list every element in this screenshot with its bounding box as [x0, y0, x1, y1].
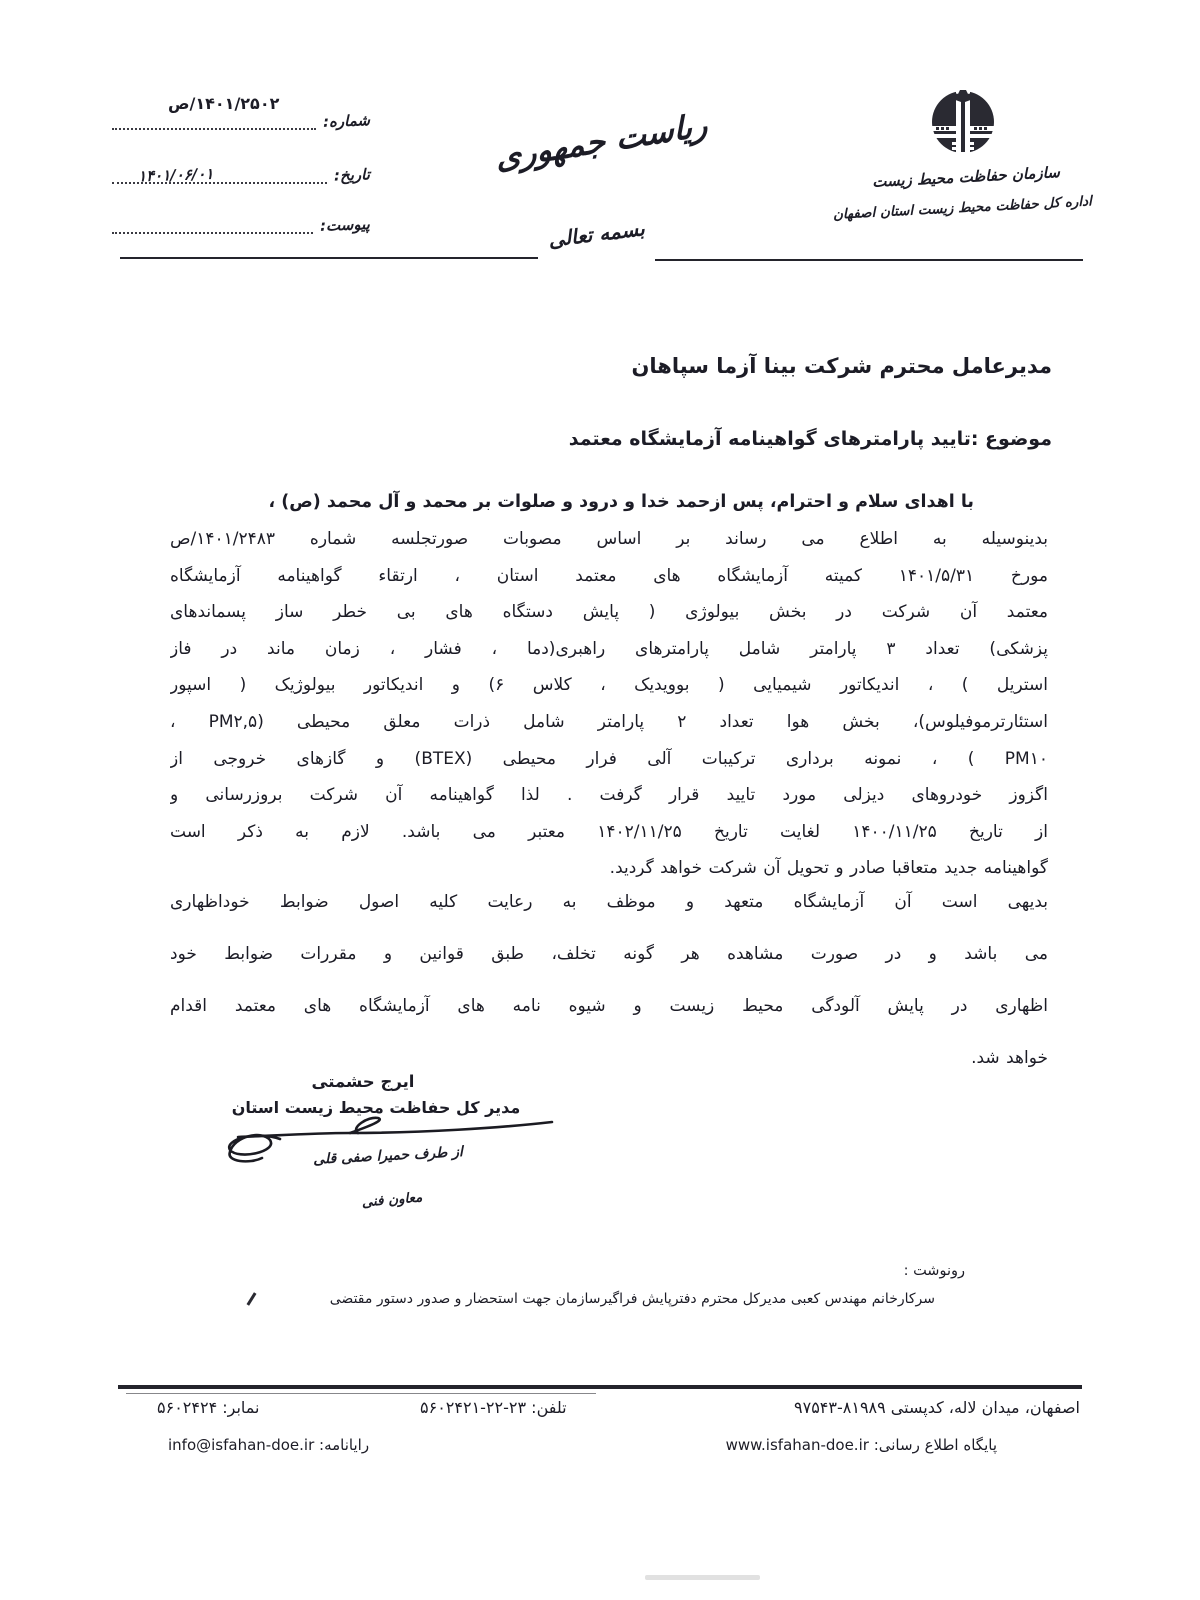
org-branch-line: اداره کل حفاظت محیط زیست استان اصفهان [836, 193, 1092, 222]
body-line: PM۱۰ ) ، نمونه برداری ترکیبات آلی فرار م… [170, 741, 1048, 778]
footer-website-url: www.isfahan-doe.ir [726, 1436, 869, 1454]
letter-date-label: تاریخ: [334, 165, 370, 184]
recipient-line: مدیرعامل محترم شرکت بینا آزما سپاهان [631, 354, 1052, 378]
dotted-line [112, 219, 313, 234]
cc-label: رونوشت : [904, 1263, 965, 1279]
footer-fax: نمابر: ۵۶۰۲۴۲۴ [157, 1398, 260, 1417]
body-line: اگزوز خودروهای دیزلی مورد تایید قرار گرف… [170, 777, 1048, 814]
letter-number-value: ۱۴۰۱/۲۵۰۲/ص [168, 94, 279, 113]
body-line: پزشکی) تعداد ۳ پارامتر شامل پارامترهای ر… [170, 631, 1048, 668]
cc-item: سرکارخانم مهندس کعبی مدیرکل محترم دفترپا… [330, 1291, 935, 1307]
footer-fax-value: ۵۶۰۲۴۲۴ [157, 1398, 217, 1417]
body-line: معتمد آن شرکت در بخش بیولوژی ( پایش دستگ… [170, 594, 1048, 631]
footer-divider-thin [126, 1393, 596, 1394]
header-divider-right [655, 259, 1083, 261]
footer-phone-label: تلفن: [531, 1398, 566, 1417]
footer-email: رایانامه: info@isfahan-doe.ir [168, 1436, 369, 1454]
body-paragraph-1: بدینوسیله به اطلاع می رساند بر اساس مصوب… [170, 521, 1048, 887]
header-divider-left [120, 257, 538, 259]
body-line: بدیهی است آن آزمایشگاه متعهد و موظف به ر… [170, 876, 1048, 928]
body-line: می باشد و در صورت مشاهده هر گونه تخلف، ط… [170, 928, 1048, 980]
subject-line: موضوع :تایید پارامترهای گواهینامه آزمایش… [569, 428, 1052, 450]
letter-attachment-field: پیوست: [108, 216, 370, 234]
scanned-letter-page: ۱۴۰۱/۲۵۰۲/ص شماره: ۱۴۰۱/۰۶/۰۱ تاریخ: پیو… [0, 0, 1200, 1600]
body-paragraph-2: بدیهی است آن آزمایشگاه متعهد و موظف به ر… [170, 876, 1048, 1084]
footer-website: پایگاه اطلاع رسانی: www.isfahan-doe.ir [726, 1436, 997, 1454]
body-line: اظهاری در پایش آلودگی محیط زیست و شیوه ن… [170, 980, 1048, 1032]
checkmark-icon [247, 1292, 257, 1305]
footer-address: اصفهان، میدان لاله، کدپستی ۸۱۹۸۹-۹۷۵۴۳ [794, 1398, 1080, 1417]
scan-artifact [645, 1575, 760, 1580]
letter-number-label: شماره: [323, 111, 371, 131]
body-line: مورخ ۱۴۰۱/۵/۳۱ کمیته آزمایشگاه های معتمد… [170, 558, 1048, 595]
deputy-note: معاون فنی [341, 1188, 442, 1213]
footer-divider [118, 1385, 1082, 1389]
letter-number-field: شماره: [108, 112, 370, 130]
doe-logo-emblem-icon [928, 86, 998, 162]
dotted-line [112, 169, 327, 184]
footer-email-label: رایانامه: [319, 1436, 369, 1454]
dotted-line [112, 115, 316, 130]
body-line: استریل ) ، اندیکاتور شیمیایی ( بوویدیک ،… [170, 667, 1048, 704]
body-line: استئارترموفیلوس)، بخش هوا تعداد ۲ پارامت… [170, 704, 1048, 741]
footer-website-label: پایگاه اطلاع رسانی: [874, 1436, 997, 1454]
footer-email-value: info@isfahan-doe.ir [168, 1436, 314, 1454]
footer-fax-label: نمابر: [222, 1398, 259, 1417]
footer-phone-value: ۵۶۰۲۴۲۱-۲۲-۲۳ [420, 1398, 526, 1417]
basmala-text: بسمه تعالی [547, 216, 646, 252]
letter-attachment-label: پیوست: [320, 215, 370, 235]
footer-phone: تلفن: ۵۶۰۲۴۲۱-۲۲-۲۳ [420, 1398, 567, 1417]
letter-date-field: تاریخ: [108, 166, 370, 184]
body-line: بدینوسیله به اطلاع می رساند بر اساس مصوب… [170, 521, 1048, 558]
presidency-calligraphy: ریاست جمهوری [495, 105, 708, 177]
signer-name: ایرج حشمتی [253, 1072, 473, 1091]
greeting-line: با اهدای سلام و احترام، پس ازحمد خدا و د… [268, 492, 974, 512]
org-name-line: سازمان حفاظت محیط زیست [848, 162, 1085, 192]
body-line: از تاریخ ۱۴۰۰/۱۱/۲۵ لغایت تاریخ ۱۴۰۲/۱۱/… [170, 814, 1048, 851]
